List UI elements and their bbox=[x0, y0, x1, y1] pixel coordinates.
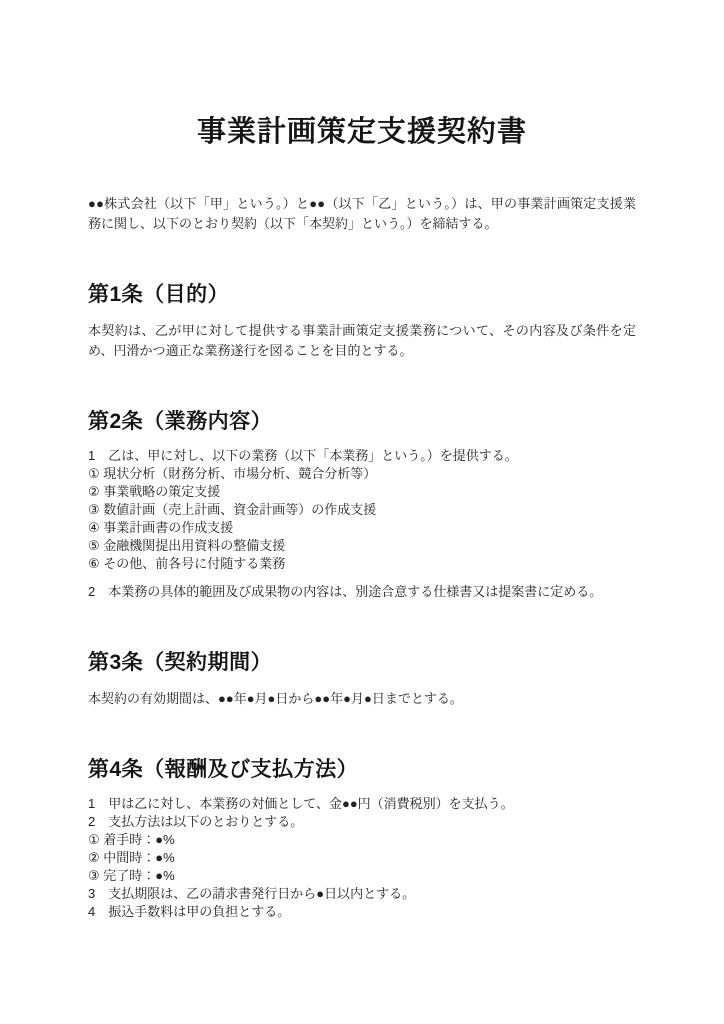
intro-paragraph: ●●株式会社（以下「甲」という。）と●●（以下「乙」という。）は、甲の事業計画策… bbox=[88, 194, 636, 234]
article-3-body: 本契約の有効期間は、●●年●月●日から●●年●月●日までとする。 bbox=[88, 689, 636, 709]
list-line: 1 乙は、甲に対し、以下の業務（以下「本業務」という。）を提供する。 bbox=[88, 447, 636, 465]
list-line: ④ 事業計画書の作成支援 bbox=[88, 519, 636, 537]
article-1-body: 本契約は、乙が甲に対して提供する事業計画策定支援業務について、その内容及び条件を… bbox=[88, 321, 636, 361]
list-line: ③ 数値計画（売上計画、資金計画等）の作成支援 bbox=[88, 501, 636, 519]
article-4-heading: 第4条（報酬及び支払方法） bbox=[88, 756, 636, 783]
article-1-heading: 第1条（目的） bbox=[88, 281, 636, 308]
list-line: ③ 完了時：●% bbox=[88, 867, 636, 885]
contract-document-page: 事業計画策定支援契約書 ●●株式会社（以下「甲」という。）と●●（以下「乙」とい… bbox=[0, 0, 724, 1024]
section-article-3: 第3条（契約期間） 本契約の有効期間は、●●年●月●日から●●年●月●日までとす… bbox=[88, 649, 636, 709]
list-line: ① 着手時：●% bbox=[88, 831, 636, 849]
list-line: ⑥ その他、前各号に付随する業務 bbox=[88, 555, 636, 573]
list-line: 4 振込手数料は甲の負担とする。 bbox=[88, 903, 636, 921]
list-line: ② 中間時：●% bbox=[88, 849, 636, 867]
list-line: 1 甲は乙に対し、本業務の対価として、金●●円（消費税別）を支払う。 bbox=[88, 795, 636, 813]
section-article-1: 第1条（目的） 本契約は、乙が甲に対して提供する事業計画策定支援業務について、そ… bbox=[88, 281, 636, 361]
article-2-item-list: 1 乙は、甲に対し、以下の業務（以下「本業務」という。）を提供する。 ① 現状分… bbox=[88, 447, 636, 573]
article-4-item-list: 1 甲は乙に対し、本業務の対価として、金●●円（消費税別）を支払う。 2 支払方… bbox=[88, 795, 636, 921]
section-article-2: 第2条（業務内容） 1 乙は、甲に対し、以下の業務（以下「本業務」という。）を提… bbox=[88, 408, 636, 602]
article-2-closing: 2 本業務の具体的範囲及び成果物の内容は、別途合意する仕様書又は提案書に定める。 bbox=[88, 582, 636, 602]
list-line: ② 事業戦略の策定支援 bbox=[88, 483, 636, 501]
document-title: 事業計画策定支援契約書 bbox=[88, 114, 636, 150]
article-3-heading: 第3条（契約期間） bbox=[88, 649, 636, 676]
section-article-4: 第4条（報酬及び支払方法） 1 甲は乙に対し、本業務の対価として、金●●円（消費… bbox=[88, 756, 636, 921]
list-line: ① 現状分析（財務分析、市場分析、競合分析等） bbox=[88, 465, 636, 483]
list-line: ⑤ 金融機関提出用資料の整備支援 bbox=[88, 537, 636, 555]
list-line: 3 支払期限は、乙の請求書発行日から●日以内とする。 bbox=[88, 885, 636, 903]
article-2-heading: 第2条（業務内容） bbox=[88, 408, 636, 435]
list-line: 2 支払方法は以下のとおりとする。 bbox=[88, 813, 636, 831]
